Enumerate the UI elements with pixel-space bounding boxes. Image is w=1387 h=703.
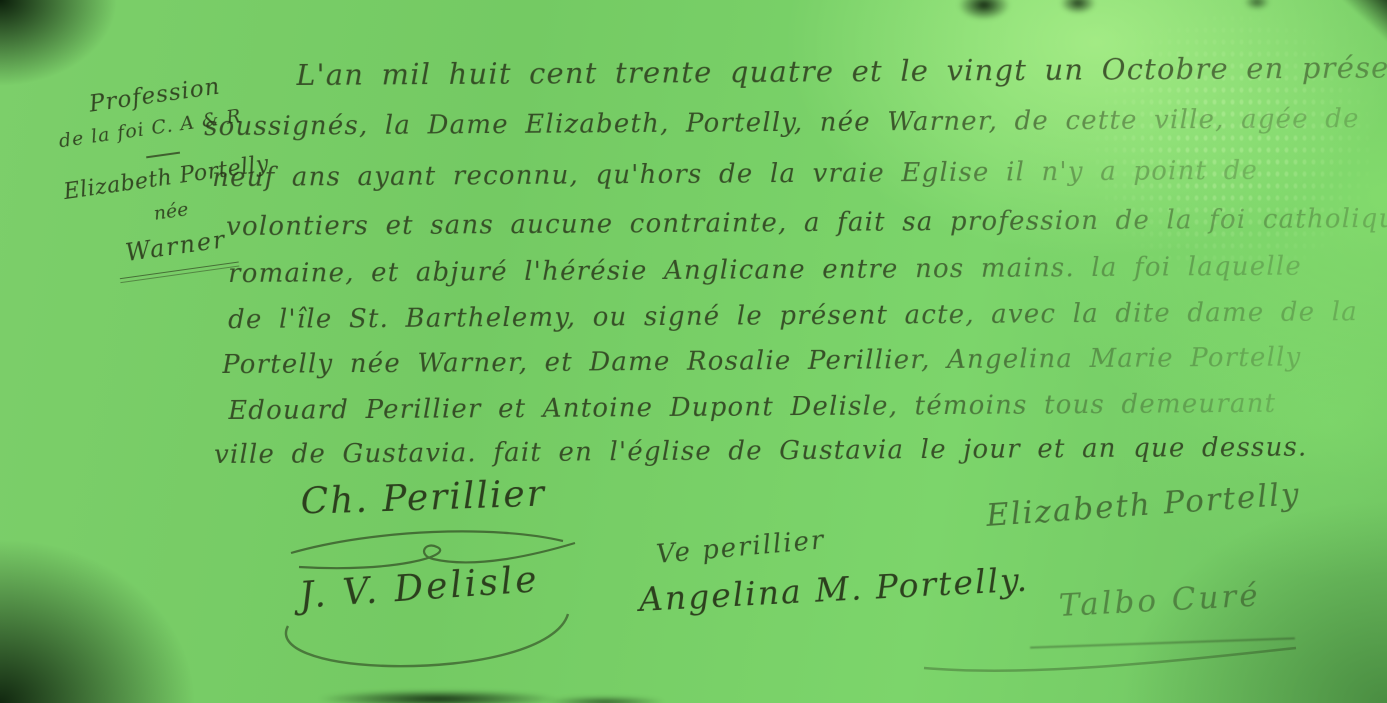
body-line: ville de Gustavia. fait en l'église de G… (214, 432, 1308, 470)
signature-ch-perillier: Ch. Perillier (300, 473, 547, 523)
film-mark-top-1 (958, 0, 1010, 20)
film-mark-top-3 (1244, 0, 1270, 10)
body-line: L'an mil huit cent trente quatre et le v… (296, 48, 1387, 92)
body-line: Edouard Perillier et Antoine Dupont Deli… (228, 389, 1276, 426)
film-mark-bottom-2 (545, 696, 665, 703)
signature-priest-underline (1030, 637, 1295, 648)
film-mark-top-2 (1060, 0, 1096, 14)
signature-elizabeth-portelly: Elizabeth Portelly (985, 476, 1302, 534)
film-mark-bottom-1 (318, 690, 558, 703)
document-photo: Profession de la foi C. A & R Elizabeth … (0, 0, 1387, 703)
signature-ve-perillier: Ve perillier (655, 525, 827, 570)
margin-note-dash (146, 152, 180, 159)
signature-priest: Talbo Curé (1058, 577, 1261, 624)
signature-jv-delisle: J. V. Delisle (298, 559, 541, 617)
signature-angelina-portelly: Angelina M. Portelly. (638, 560, 1030, 619)
